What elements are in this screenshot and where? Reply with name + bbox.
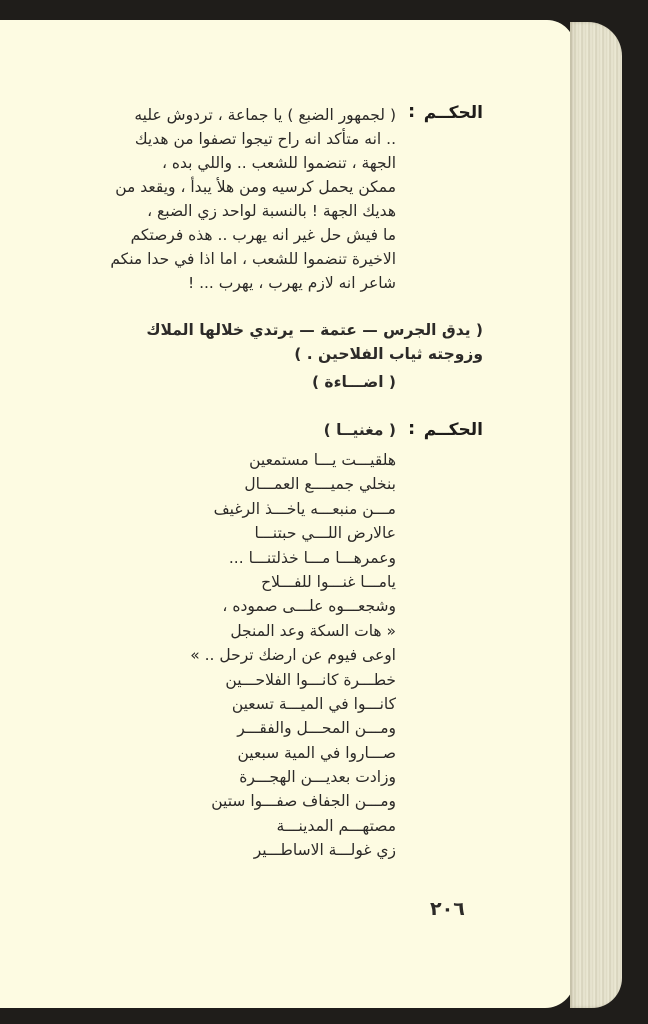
song-verse: هلقيـــت يـــا مستمعين بنخلي جميــــع ال… xyxy=(190,448,396,863)
speech-line: ( لجمهور الضبع ) يا جماعة ، تردوش عليه xyxy=(110,103,396,127)
stage-direction-line: ( يدق الجرس — عتمة — يرتدي خلالها الملاك xyxy=(146,318,483,342)
verse-line: كانـــوا في الميـــة تسعين xyxy=(190,692,396,716)
speech-line: الجهة ، تنضموا للشعب .. واللي بده ، xyxy=(110,151,396,175)
stage-direction-line: وزوجته ثياب الفلاحين . ) xyxy=(146,342,483,366)
verse-line: اوعى فيوم عن ارضك ترحل .. » xyxy=(190,643,396,667)
speaker-colon: : xyxy=(408,101,415,122)
verse-line: بنخلي جميــــع العمـــال xyxy=(190,472,396,496)
speech-line: ممكن يحمل كرسيه ومن هلأ يبدأ ، ويقعد من xyxy=(110,175,396,199)
verse-line: صـــاروا في المية سبعين xyxy=(190,741,396,765)
speech-line: الاخيرة تنضموا للشعب ، اما اذا في حدا من… xyxy=(110,247,396,271)
speaker-label: الحكــم xyxy=(424,103,483,123)
page-stack-edge xyxy=(570,22,622,1008)
verse-line: مصتهـــم المدينـــة xyxy=(190,814,396,838)
verse-line: عالارض اللـــي حبتنـــا xyxy=(190,521,396,545)
verse-line: زي غولـــة الاساطـــير xyxy=(190,838,396,862)
verse-line: وشجعـــوه علـــى صموده ، xyxy=(190,594,396,618)
verse-line: « هات السكة وعد المنجل xyxy=(190,619,396,643)
speech-1-text: ( لجمهور الضبع ) يا جماعة ، تردوش عليه .… xyxy=(110,103,396,295)
speech-line: ما فيش حل غير انه يهرب .. هذه فرصتكم xyxy=(110,223,396,247)
speech-line: .. انه متأكد انه راح تيجوا تصفوا من هديك xyxy=(110,127,396,151)
verse-line: ومـــن الجفاف صفـــوا ستين xyxy=(190,789,396,813)
verse-line: خطـــرة كانـــوا الفلاحـــين xyxy=(190,668,396,692)
stage-direction: ( يدق الجرس — عتمة — يرتدي خلالها الملاك… xyxy=(146,318,483,366)
page-number: ٢٠٦ xyxy=(430,898,465,920)
verse-line: ومـــن المحـــل والفقـــر xyxy=(190,716,396,740)
speech-line: هديك الجهة ! بالنسبة لواحد زي الضبع ، xyxy=(110,199,396,223)
verse-line: يامـــا غنـــوا للفـــلاح xyxy=(190,570,396,594)
speaker-colon: : xyxy=(408,418,415,439)
singing-direction: ( مغنيــا ) xyxy=(324,421,396,439)
speech-line: شاعر انه لازم يهرب ، يهرب ... ! xyxy=(110,271,396,295)
speaker-label: الحكــم xyxy=(424,420,483,440)
verse-line: هلقيـــت يـــا مستمعين xyxy=(190,448,396,472)
verse-line: وعمرهـــا مـــا خذلتنـــا ... xyxy=(190,546,396,570)
verse-line: مـــن منبعـــه ياخـــذ الرغيف xyxy=(190,497,396,521)
lighting-direction: ( اضـــاءة ) xyxy=(312,373,396,391)
verse-line: وزادت بعديـــن الهجـــرة xyxy=(190,765,396,789)
